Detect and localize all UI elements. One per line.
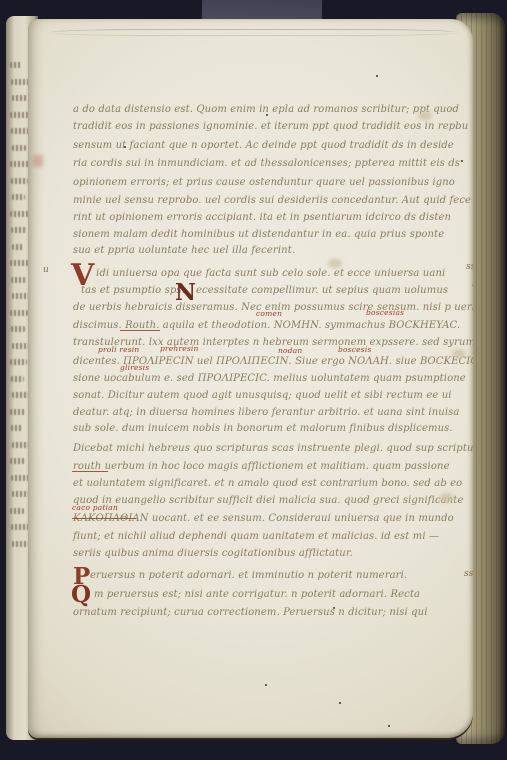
facing-page-text-row: [12, 145, 26, 151]
margin-mark: s: [472, 279, 473, 289]
manuscript-line: routh uerbum in hoc loco magis afflictio…: [73, 460, 450, 473]
manuscript-line: sione uocabulum e. sed ΠΡΟΛΙΡΕCΙC. meliu…: [73, 372, 466, 385]
ink-speck: [339, 702, 341, 704]
parchment-stain: [440, 493, 454, 502]
interlinear-gloss: boscesias: [366, 309, 404, 317]
manuscript-line: ria cordis sui in inmundiciam. et ad the…: [73, 157, 460, 170]
facing-page-text-row: [12, 95, 27, 101]
facing-page-text-row: [11, 277, 26, 283]
text-block: a do data distensio est. Quom enim in ep…: [28, 19, 473, 738]
manuscript-line: fiunt; et nichil aliud dephendi quam uan…: [73, 530, 439, 543]
ink-speck: [333, 607, 335, 609]
manuscript-line: m peruersus est; nisi ante corrigatur. n…: [94, 588, 420, 601]
interlinear-gloss: boscesis: [338, 346, 372, 354]
facing-page-text-row: [11, 128, 29, 134]
rubric-initial: V: [71, 261, 94, 291]
interlinear-gloss: gliresis: [120, 364, 149, 372]
manuscript-photo: a do data distensio est. Quom enim in ep…: [0, 0, 507, 760]
ink-speck: [265, 684, 267, 686]
parchment-stain: [452, 349, 466, 358]
manuscript-line: et uoluntatem significaret. et n amalo q…: [73, 477, 462, 490]
manuscript-page: a do data distensio est. Quom enim in ep…: [28, 19, 473, 738]
margin-mark: ss: [464, 569, 473, 579]
manuscript-line: rint ut opinionem erroris accipiant. ita…: [73, 211, 451, 224]
manuscript-line: sub sole. dum inuicem nobis in bonorum e…: [73, 422, 453, 435]
rubric-underline: [72, 518, 136, 519]
rubric-underline: [72, 471, 108, 472]
ink-speck: [461, 160, 463, 162]
facing-page-text-row: [11, 227, 27, 233]
manuscript-line: idi uniuersa opa que facta sunt sub celo…: [96, 267, 445, 280]
ink-speck: [388, 725, 390, 727]
manuscript-line: sensum ut faciant que n oportet. Ac dein…: [73, 139, 454, 152]
facing-page-text-row: [10, 508, 24, 514]
manuscript-line: ornatum recipiunt; curua correctionem. P…: [73, 606, 428, 619]
interlinear-gloss: caco patian: [72, 504, 118, 512]
facing-page-text-row: [10, 211, 30, 217]
parchment-stain: [328, 259, 342, 268]
manuscript-line: ecessitate compellimur. ut sepius quam u…: [196, 284, 448, 297]
ink-speck: [376, 75, 378, 77]
facing-page-text-row: [11, 178, 28, 184]
facing-page-text-row: [12, 244, 24, 250]
manuscript-line: eruersus n poterit adornari. et imminuti…: [90, 569, 407, 582]
facing-page-text-row: [10, 260, 29, 266]
manuscript-line: deatur. atq; in diuersa homines libero f…: [73, 406, 459, 419]
interlinear-gloss: proli resin: [98, 346, 139, 354]
margin-mark: u: [43, 265, 49, 275]
rubric-underline: [120, 330, 160, 331]
rubric-initial: Q: [71, 583, 91, 606]
facing-page-text-row: [11, 425, 23, 431]
facing-page-text-row: [10, 458, 25, 464]
facing-page-text-row: [11, 376, 24, 382]
facing-page-text-row: [10, 359, 27, 365]
manuscript-line: sonat. Dicitur autem quod agit unusquisq…: [73, 389, 452, 402]
manuscript-line: Dicebat michi hebreus quo scripturas sca…: [73, 442, 473, 455]
facing-page-text-row: [10, 409, 26, 415]
manuscript-line: tradidit eos in passiones ignominie. et …: [73, 120, 468, 133]
manuscript-line: sua et ppria uoluntate hec uel illa fece…: [73, 244, 295, 257]
manuscript-line: opinionem erroris; et prius cause ostend…: [73, 176, 455, 189]
interlinear-gloss: nodan: [278, 347, 302, 355]
manuscript-line: tas et psumptio sps.: [81, 284, 185, 297]
manuscript-line: seriis quibus anima diuersis cogitationi…: [73, 547, 353, 560]
manuscript-line: minie uel sensu reprobo. uel cordis sui …: [73, 194, 471, 207]
interlinear-gloss: prehresin: [160, 345, 199, 353]
ink-speck: [266, 114, 268, 116]
facing-page-text-row: [11, 326, 25, 332]
facing-page-text-row: [12, 194, 25, 200]
manuscript-line: quod in euangelio scribitur sufficit die…: [73, 494, 464, 507]
rubric-initial: N: [175, 281, 196, 304]
facing-page-text-row: [10, 62, 22, 68]
facing-page-text-row: [12, 541, 29, 547]
parchment-stain: [418, 111, 432, 120]
interlinear-gloss: comen: [256, 310, 282, 318]
manuscript-line: sionem malam dedit hominibus ut distenda…: [73, 228, 444, 241]
ink-speck: [124, 146, 126, 148]
margin-mark: ss: [466, 262, 473, 272]
facing-page-text-row: [10, 310, 28, 316]
